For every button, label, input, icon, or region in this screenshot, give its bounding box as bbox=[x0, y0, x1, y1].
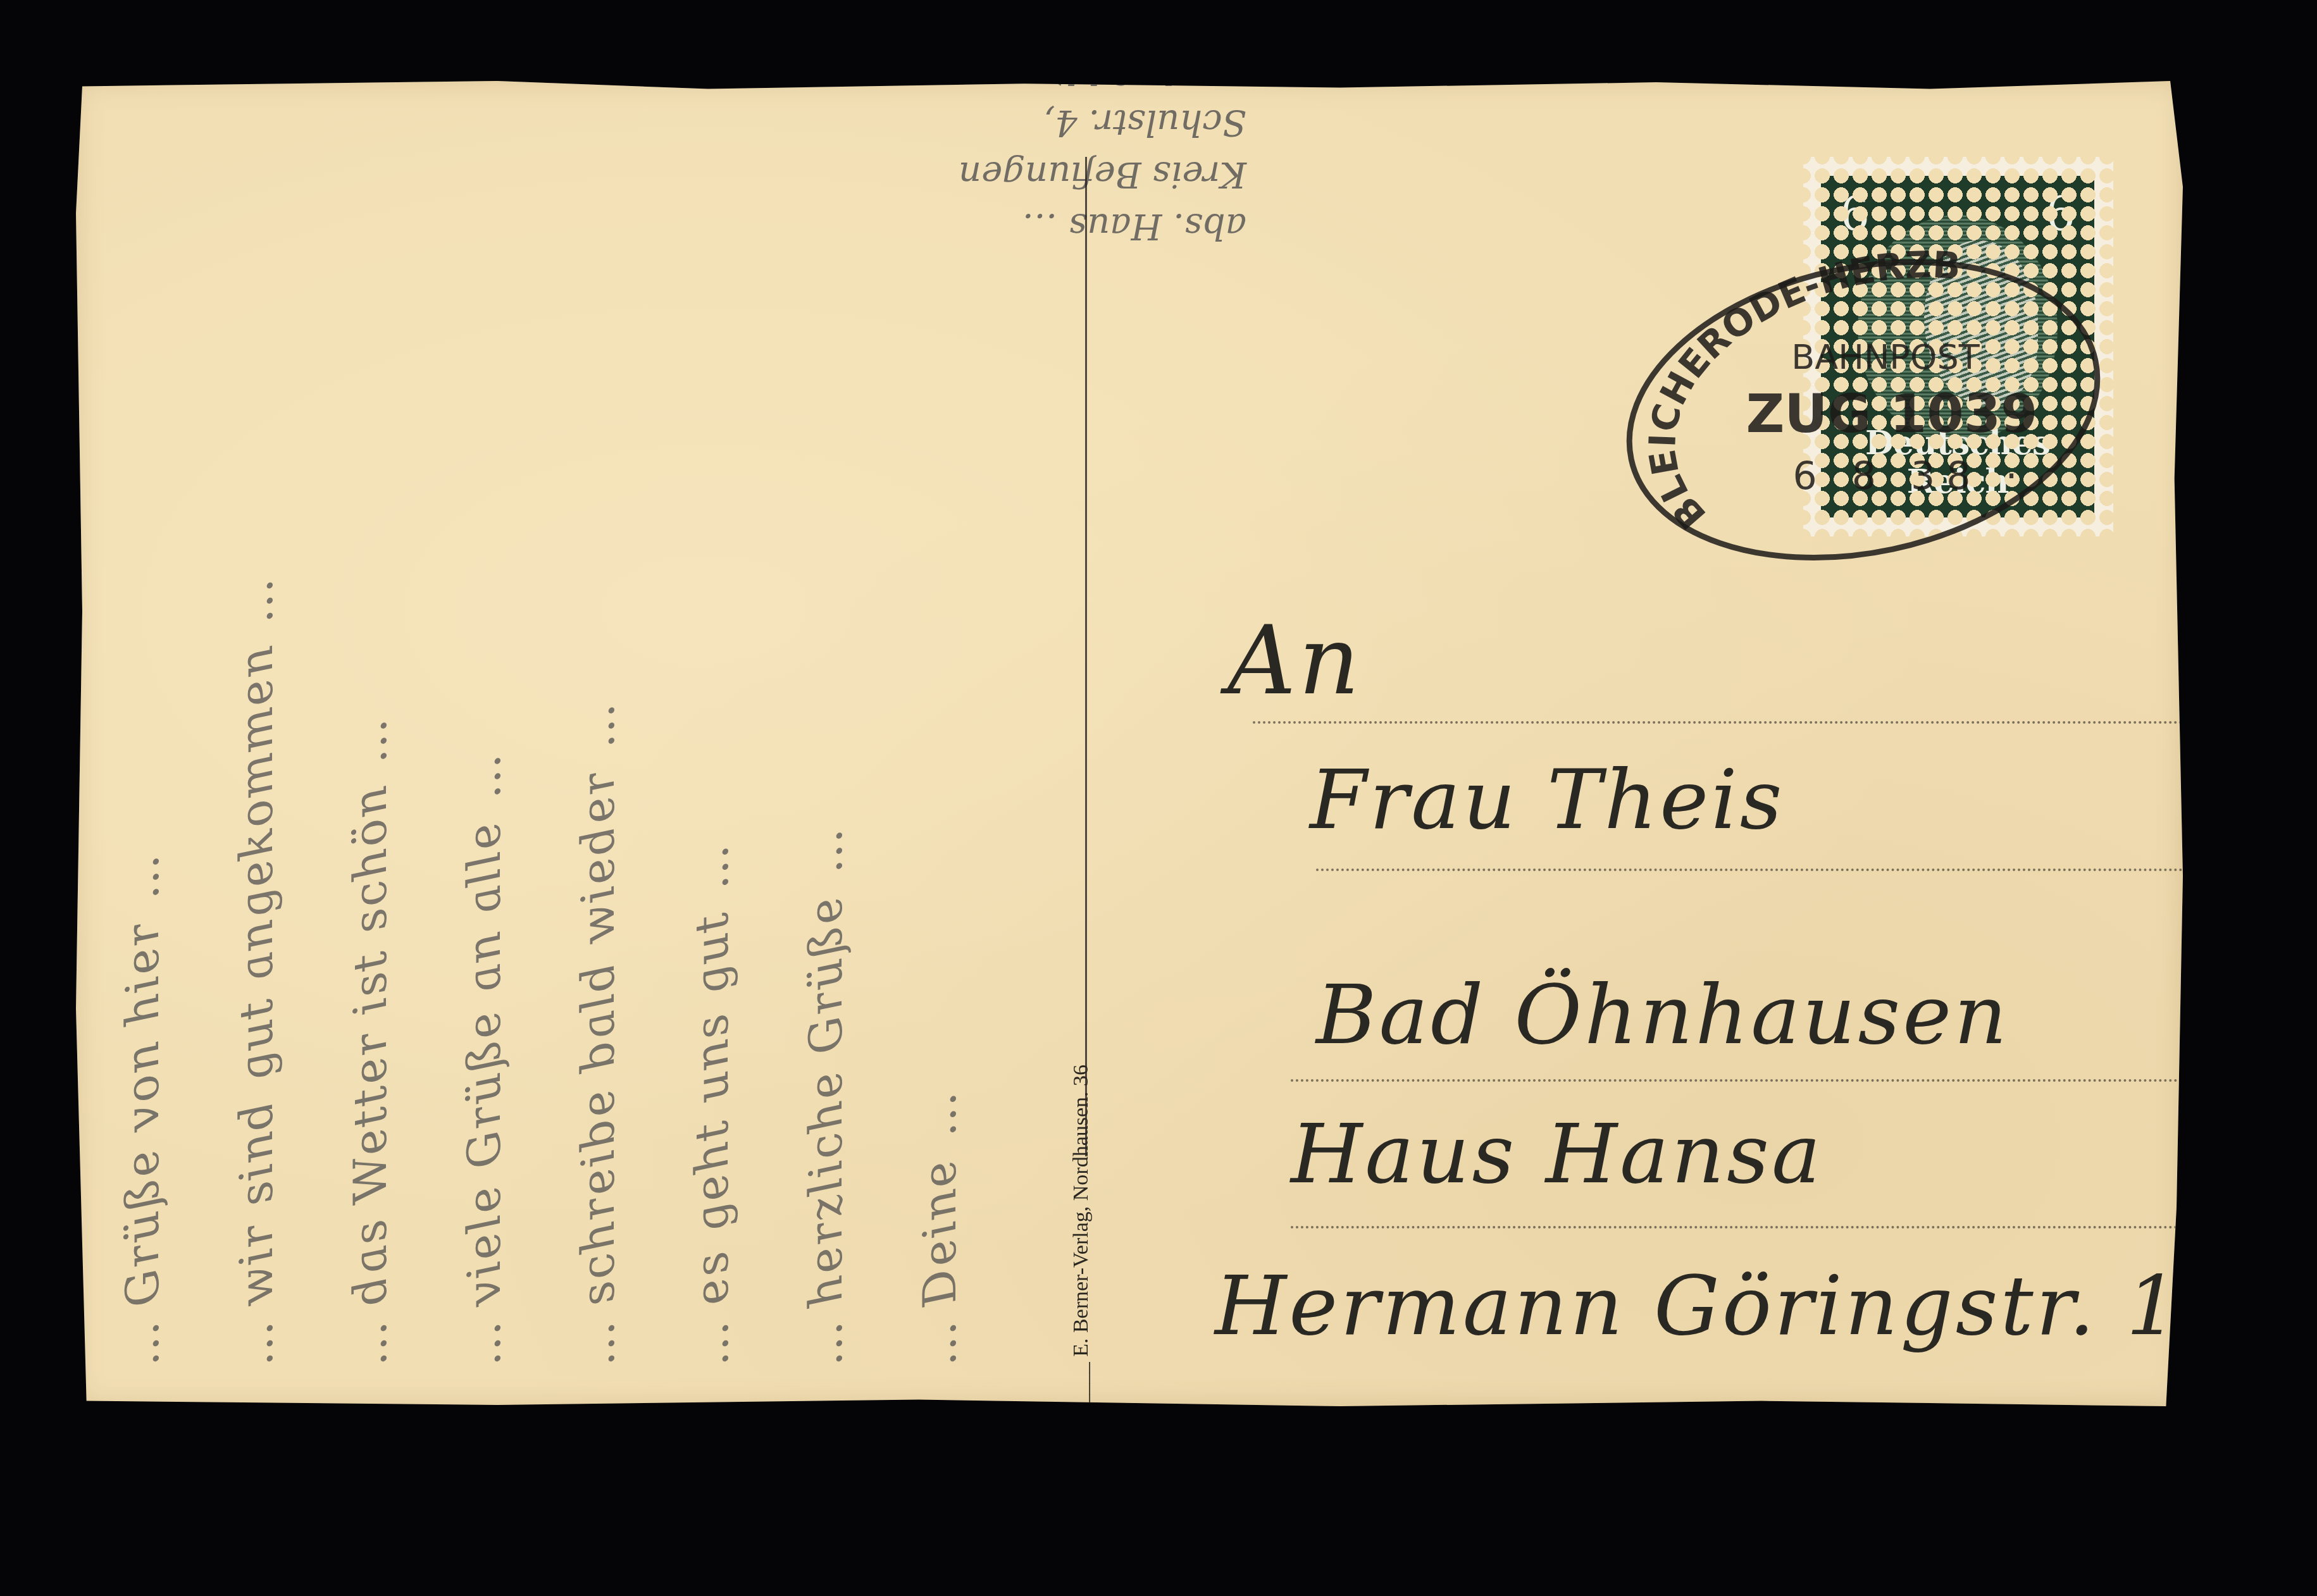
postcard: … Grüße von hier … … wir sind gut angeko… bbox=[76, 81, 2183, 1406]
postmark-date: 6 8 38 · bbox=[1793, 454, 2029, 498]
message-line: … Grüße von hier … bbox=[101, 106, 183, 1371]
sender-pencil-note: abs. Haus … Kreis Befiungen Schulstr. 4,… bbox=[892, 87, 1246, 252]
stamp-value: 6 bbox=[2046, 187, 2075, 242]
pencil-message-area: … Grüße von hier … … wir sind gut angeko… bbox=[101, 106, 1038, 1371]
stamp-value: 6 bbox=[1840, 187, 1870, 242]
sender-note-line: Schulstr. 4, (Eichsfeld) bbox=[892, 44, 1246, 148]
address-line-rule bbox=[1291, 1226, 2183, 1228]
address-line-rule bbox=[1291, 1079, 2183, 1082]
address-city: Bad Öhnhausen bbox=[1316, 967, 2010, 1063]
postmark-icon: BLEICHERODE-HERZBERG BAHNPOST ZUG 1039 6… bbox=[1613, 242, 2113, 578]
postmark-line2: ZUG 1039 bbox=[1746, 383, 2037, 445]
message-line: … Deine … bbox=[898, 106, 981, 1371]
message-line: … herzliche Grüße … bbox=[785, 106, 867, 1371]
address-line-rule bbox=[1316, 869, 2183, 871]
address-line-rule bbox=[1253, 721, 2183, 724]
message-line: … es geht uns gut … bbox=[671, 106, 753, 1371]
message-line: … wir sind gut angekommen … bbox=[215, 106, 297, 1371]
postmark-cancellation: BLEICHERODE-HERZBERG BAHNPOST ZUG 1039 6… bbox=[1613, 242, 2113, 578]
message-line: … das Wetter ist schön … bbox=[329, 106, 411, 1371]
sender-note-line: abs. Haus … bbox=[892, 200, 1246, 252]
address-street: Hermann Göringstr. 11 bbox=[1215, 1258, 2236, 1354]
publisher-imprint: P 28 ________ E. Berner-Verlag, Nordhaus… bbox=[1069, 524, 1093, 1492]
address-salutation: An bbox=[1227, 606, 1362, 716]
message-line: … viele Grüße an alle … bbox=[443, 106, 525, 1371]
message-line: … schreibe bald wieder … bbox=[557, 106, 639, 1371]
address-building: Haus Hansa bbox=[1291, 1106, 1823, 1202]
address-recipient: Frau Theis bbox=[1310, 752, 1785, 848]
postmark-line1: BAHNPOST bbox=[1791, 337, 1980, 377]
sender-note-line: Kreis Befiungen bbox=[892, 148, 1246, 200]
